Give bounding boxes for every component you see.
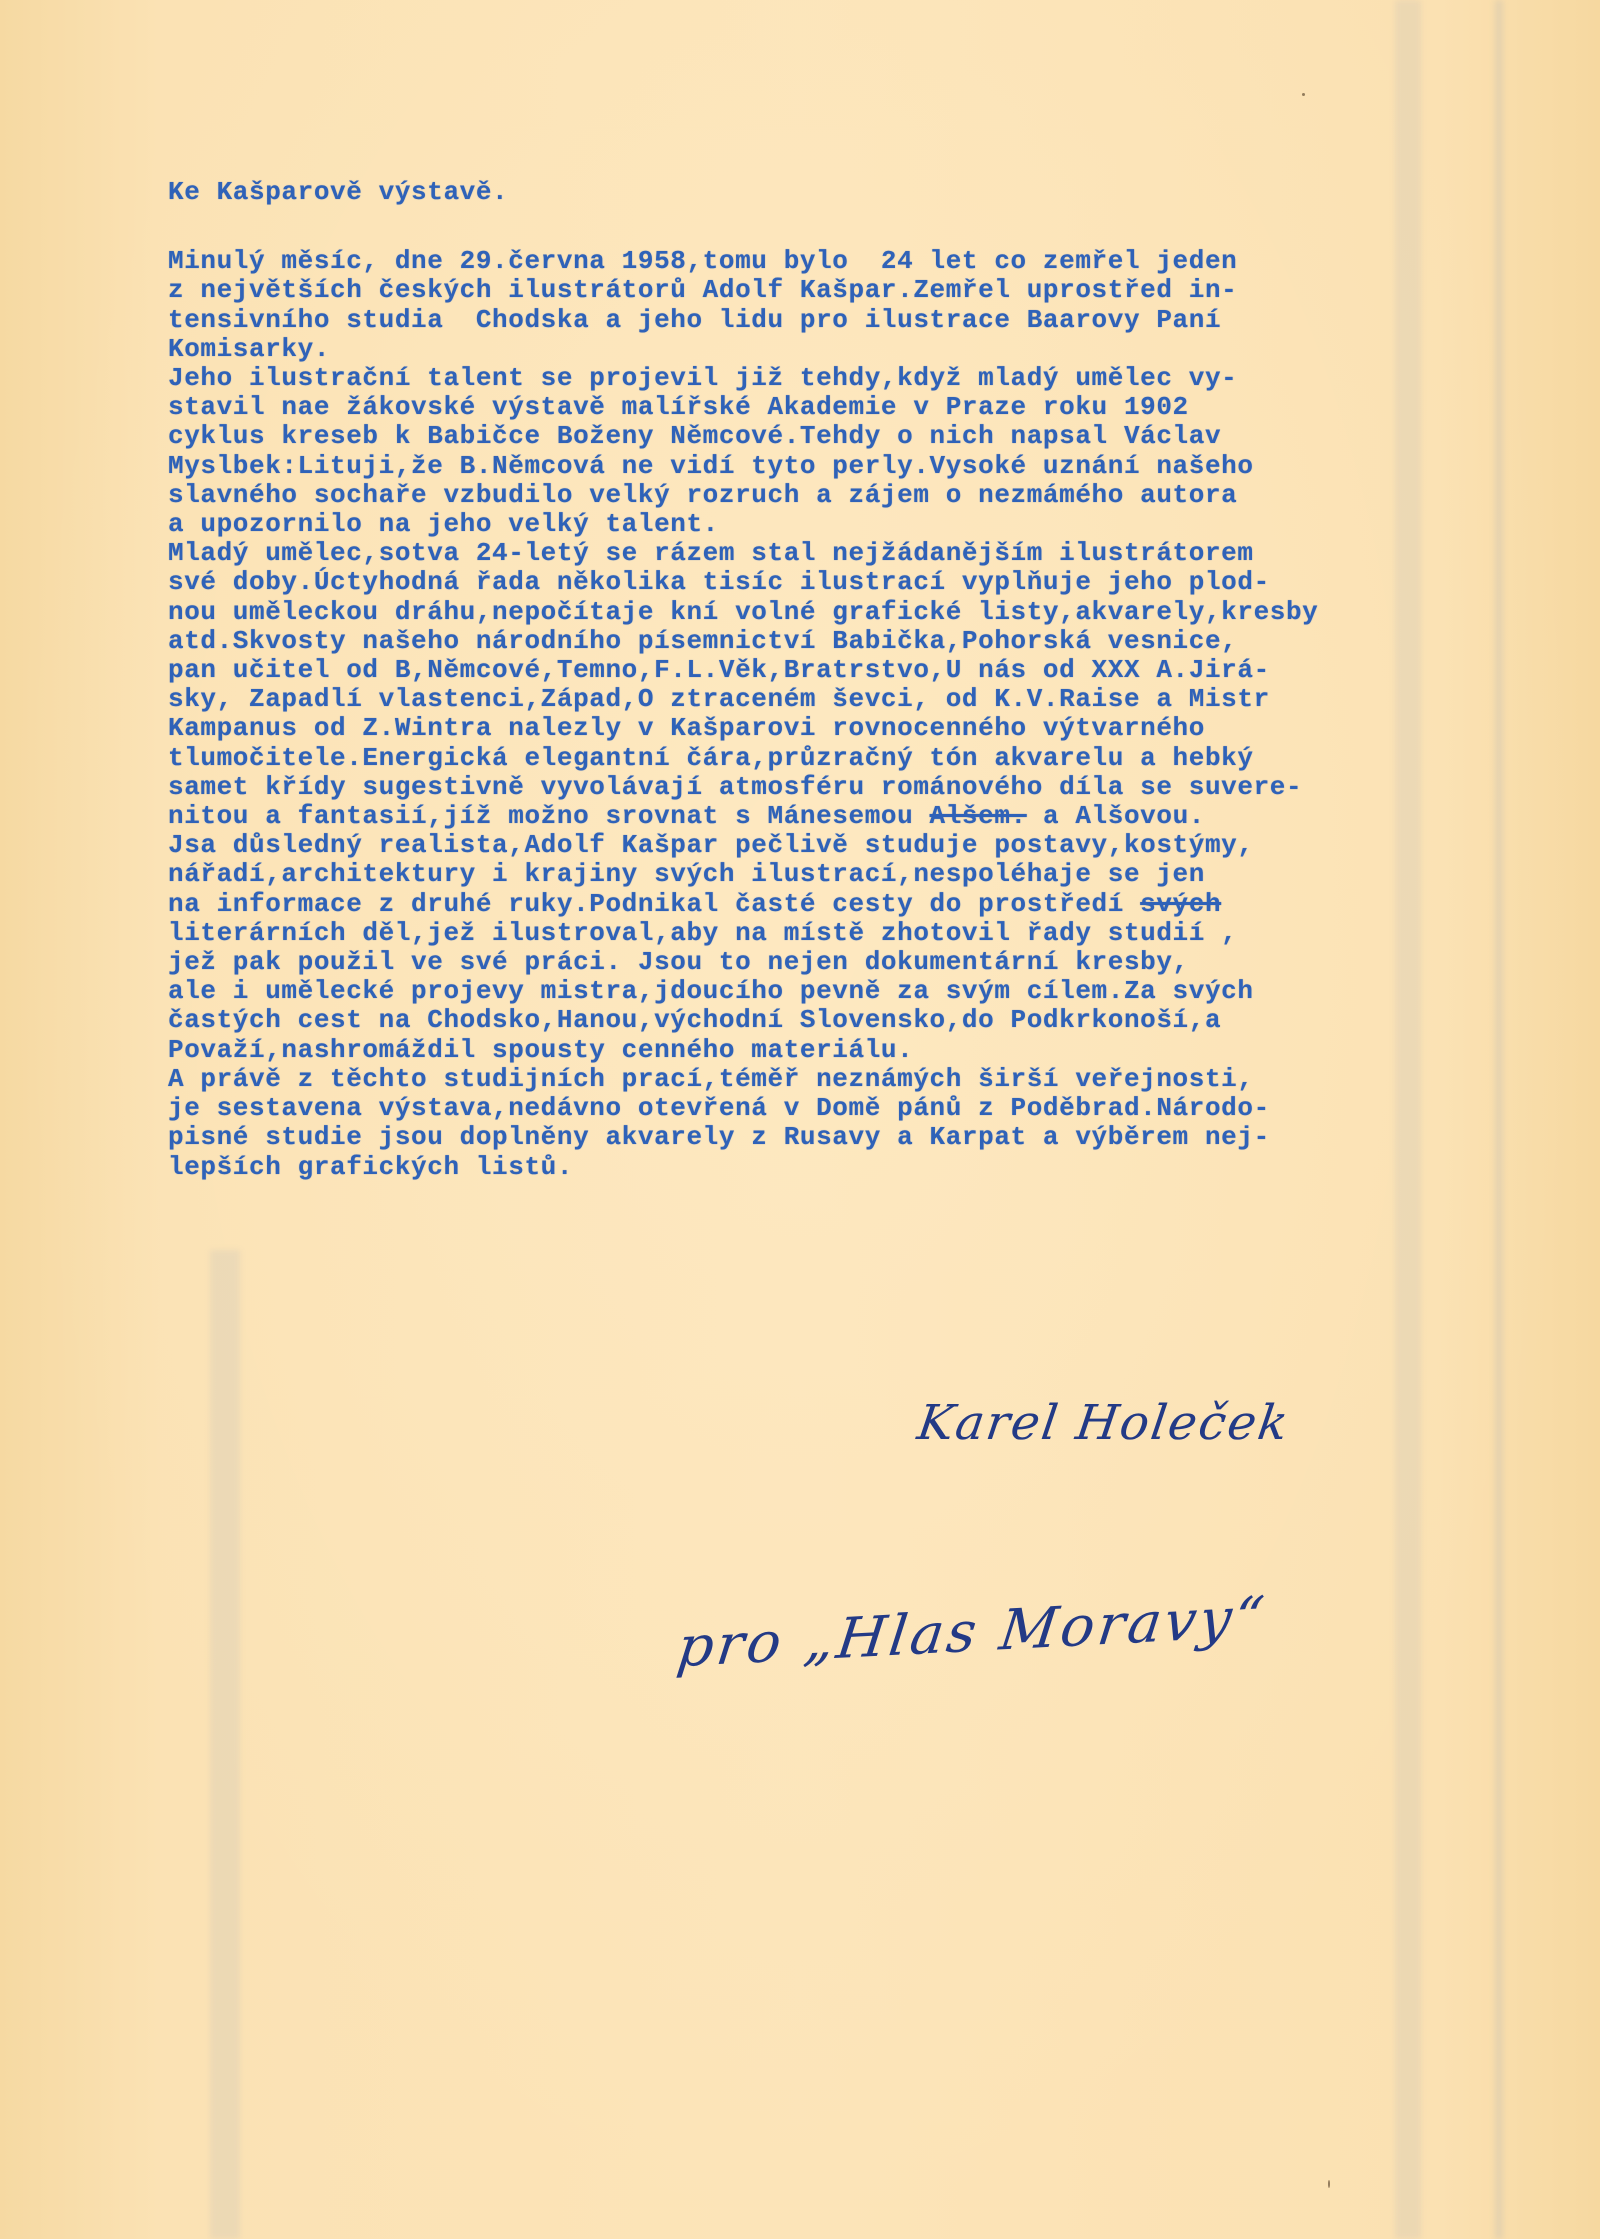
text-line: nářadí,architektury i krajiny svých ilus… [168,860,1588,889]
document-title: Ke Kašparově výstavě. [168,178,1588,207]
text-line: literárních děl,jež ilustroval,aby na mí… [168,919,1588,948]
letter-body: Minulý měsíc, dne 29.června 1958,tomu by… [168,247,1588,1182]
text-line: cyklus kreseb k Babičce Boženy Němcové.T… [168,422,1588,451]
text-line: slavného sochaře vzbudilo velký rozruch … [168,481,1588,510]
text-line: a upozornilo na jeho velký talent. [168,510,1588,539]
paper-speck [1302,93,1305,96]
text-line: Komisarky. [168,335,1588,364]
text-line: samet křídy sugestivně vyvolávají atmosf… [168,773,1588,802]
text-segment: a Alšovou. [1027,801,1205,831]
text-line: Považí,nashromáždil spousty cenného mate… [168,1036,1588,1065]
text-line: stavil nae žákovské výstavě malířské Aka… [168,393,1588,422]
text-line: Jeho ilustrační talent se projevil již t… [168,364,1588,393]
text-line: nou uměleckou dráhu,nepočítaje kní volné… [168,598,1588,627]
text-line: sky, Zapadlí vlastenci,Západ,O ztraceném… [168,685,1588,714]
text-line: Jsa důsledný realista,Adolf Kašpar pečli… [168,831,1588,860]
text-line: Kampanus od Z.Wintra nalezly v Kašparovi… [168,714,1588,743]
text-line: pisné studie jsou doplněny akvarely z Ru… [168,1123,1588,1152]
text-line: atd.Skvosty našeho národního písemnictví… [168,627,1588,656]
text-line: své doby.Úctyhodná řada několika tisíc i… [168,568,1588,597]
text-segment: na informace z druhé ruky.Podnikal časté… [168,889,1140,919]
text-line-with-strikethrough: na informace z druhé ruky.Podnikal časté… [168,890,1588,919]
text-line: jež pak použil ve své práci. Jsou to nej… [168,948,1588,977]
text-line: častých cest na Chodsko,Hanou,východní S… [168,1006,1588,1035]
text-line: A právě z těchto studijních prací,téměř … [168,1065,1588,1094]
text-line: Minulý měsíc, dne 29.června 1958,tomu by… [168,247,1588,276]
struck-text: Alšem. [930,801,1027,831]
struck-text: svých [1140,889,1221,919]
text-line: je sestavena výstava,nedávno otevřená v … [168,1094,1588,1123]
text-line: tensivního studia Chodska a jeho lidu pr… [168,306,1588,335]
paper-speck [1328,2180,1330,2188]
text-line: Mladý umělec,sotva 24-letý se rázem stal… [168,539,1588,568]
text-line-with-strikethrough: nitou a fantasií,jíž možno srovnat s Mán… [168,802,1588,831]
text-line: ale i umělecké projevy mistra,jdoucího p… [168,977,1588,1006]
text-line: tlumočitele.Energická elegantní čára,prů… [168,744,1588,773]
text-line: z největších českých ilustrátorů Adolf K… [168,276,1588,305]
text-line: Myslbek:Lituji,že B.Němcová ne vidí tyto… [168,452,1588,481]
ink-bleed-left [210,1250,240,2239]
text-segment: nitou a fantasií,jíž možno srovnat s Mán… [168,801,930,831]
handwritten-signature: Karel Holeček [914,1395,1293,1451]
text-line: pan učitel od B,Němcové,Temno,F.L.Věk,Br… [168,656,1588,685]
typewritten-letter: Ke Kašparově výstavě. Minulý měsíc, dne … [168,178,1588,1182]
text-line: lepších grafických listů. [168,1153,1588,1182]
